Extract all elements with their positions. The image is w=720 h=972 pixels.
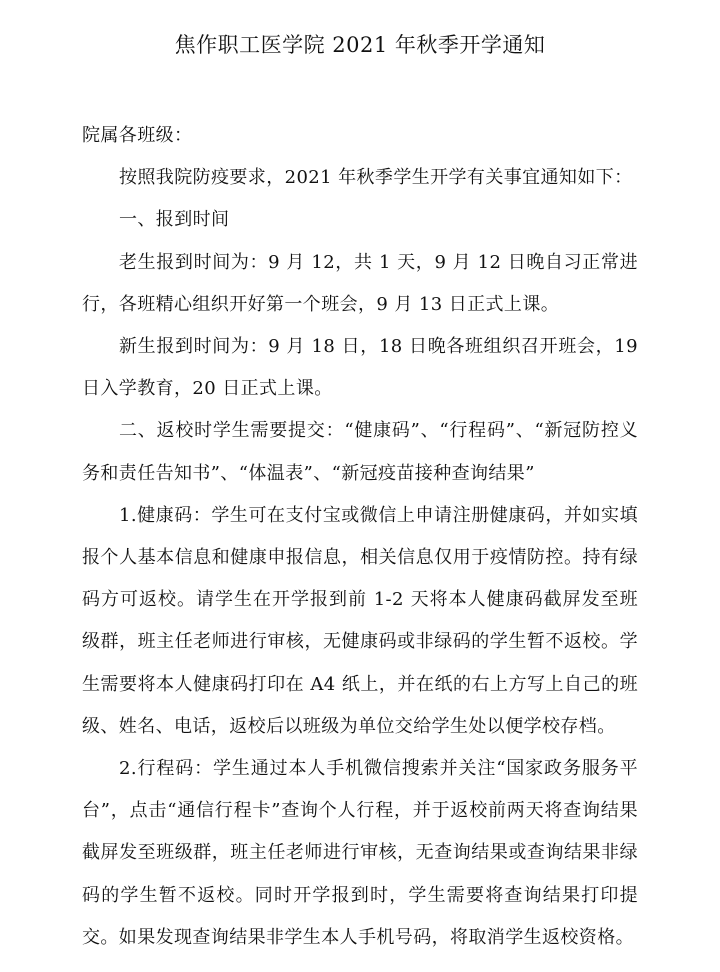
section-heading-required-documents: 二、返校时学生需要提交：“健康码”、“行程码”、“新冠防控义务和责任告知书”、“… (82, 410, 638, 494)
new-students-paragraph: 新生报到时间为：9 月 18 日，18 日晚各班组织召开班会，19 日入学教育，… (82, 326, 638, 410)
section-heading-registration-time: 一、报到时间 (82, 199, 638, 241)
returning-students-paragraph: 老生报到时间为：9 月 12，共 1 天，9 月 12 日晚自习正常进行，各班精… (82, 242, 638, 326)
document-title: 焦作职工医学院 2021 年秋季开学通知 (0, 30, 720, 60)
document-page: 焦作职工医学院 2021 年秋季开学通知 院属各班级： 按照我院防疫要求，202… (0, 0, 720, 972)
health-code-paragraph: 1.健康码：学生可在支付宝或微信上申请注册健康码，并如实填报个人基本信息和健康申… (82, 495, 638, 748)
document-body: 院属各班级： 按照我院防疫要求，2021 年秋季学生开学有关事宜通知如下： 一、… (82, 115, 638, 959)
salutation: 院属各班级： (82, 115, 638, 157)
intro-paragraph: 按照我院防疫要求，2021 年秋季学生开学有关事宜通知如下： (82, 157, 638, 199)
travel-code-paragraph: 2.行程码：学生通过本人手机微信搜索并关注“国家政务服务平台”，点击“通信行程卡… (82, 748, 638, 959)
